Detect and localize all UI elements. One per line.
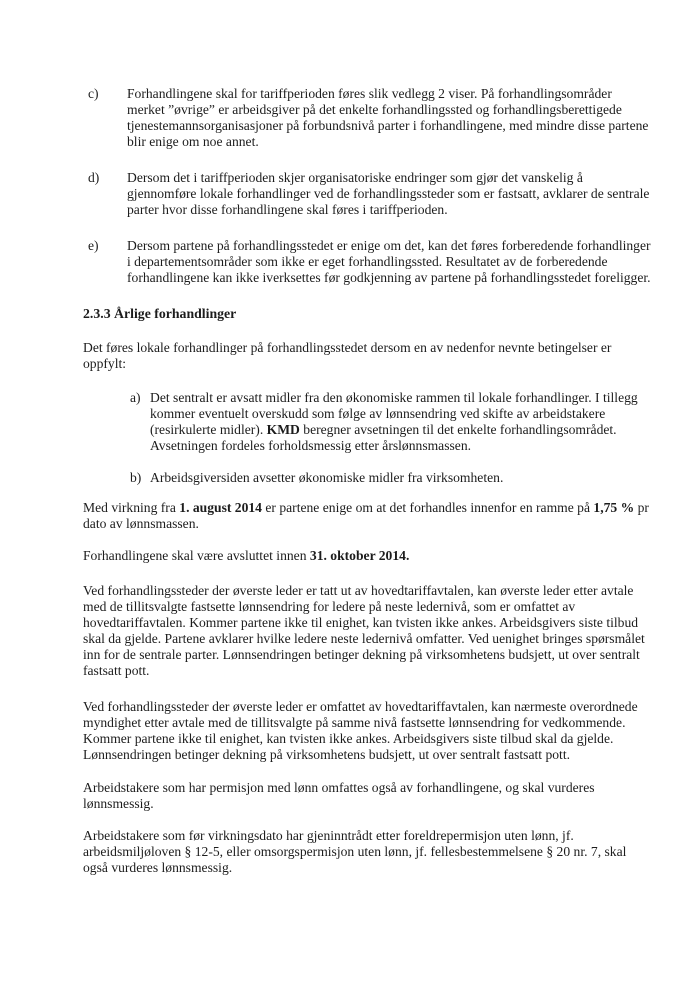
paragraph-intro: Det føres lokale forhandlinger på forhan… (83, 340, 652, 372)
list-item-d-label: d) (88, 170, 127, 218)
list-item-b-label: b) (130, 470, 150, 486)
list-item-e: e) Dersom partene på forhandlingsstedet … (88, 238, 652, 286)
list-item-a-bold-kmd: KMD (267, 422, 300, 437)
list-item-b: b) Arbeidsgiversiden avsetter økonomiske… (130, 470, 652, 486)
list-item-b-text: Arbeidsgiversiden avsetter økonomiske mi… (150, 470, 652, 486)
list-item-e-label: e) (88, 238, 127, 286)
list-item-a: a) Det sentralt er avsatt midler fra den… (130, 390, 652, 454)
virkning-run1: Med virkning fra (83, 500, 179, 515)
list-item-c: c) Forhandlingene skal for tariffperiode… (88, 86, 652, 150)
list-item-a-label: a) (130, 390, 150, 454)
list-item-d-text: Dersom det i tariffperioden skjer organi… (127, 170, 652, 218)
list-item-c-label: c) (88, 86, 127, 150)
paragraph-virkning: Med virkning fra 1. august 2014 er parte… (83, 500, 652, 532)
paragraph-permisjon: Arbeidstakere som har permisjon med lønn… (83, 780, 652, 812)
paragraph-leder-tatt-ut: Ved forhandlingssteder der øverste leder… (83, 583, 652, 679)
virkning-run2: er partene enige om at det forhandles in… (262, 500, 593, 515)
list-item-a-text: Det sentralt er avsatt midler fra den øk… (150, 390, 652, 454)
list-item-c-text: Forhandlingene skal for tariffperioden f… (127, 86, 652, 150)
section-heading: 2.3.3 Årlige forhandlinger (83, 306, 652, 322)
paragraph-frist: Forhandlingene skal være avsluttet innen… (83, 548, 652, 564)
frist-run1: Forhandlingene skal være avsluttet innen (83, 548, 310, 563)
list-item-e-text: Dersom partene på forhandlingsstedet er … (127, 238, 652, 286)
document-page: c) Forhandlingene skal for tariffperiode… (0, 0, 700, 988)
list-item-d: d) Dersom det i tariffperioden skjer org… (88, 170, 652, 218)
paragraph-leder-omfattet: Ved forhandlingssteder der øverste leder… (83, 699, 652, 763)
frist-bold-date: 31. oktober 2014. (310, 548, 409, 563)
paragraph-gjeninntraadt: Arbeidstakere som før virkningsdato har … (83, 828, 652, 876)
virkning-bold-date: 1. august 2014 (179, 500, 262, 515)
virkning-bold-percent: 1,75 % (593, 500, 634, 515)
